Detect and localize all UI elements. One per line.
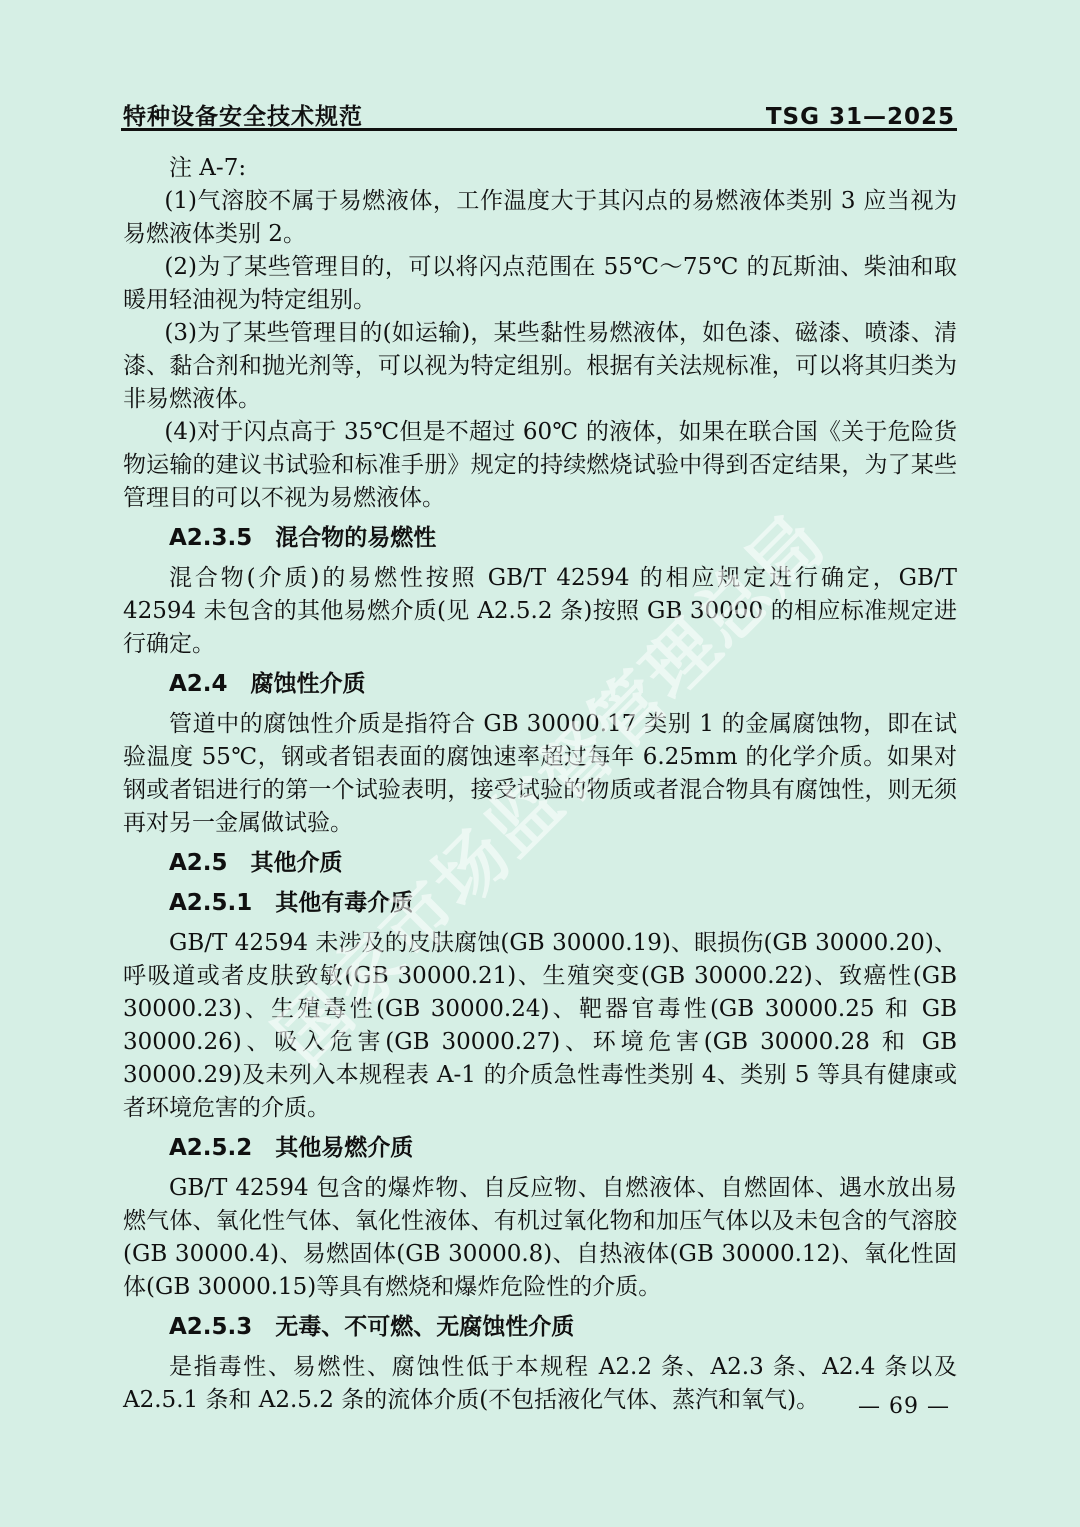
section-para-a24: 管道中的腐蚀性介质是指符合 GB 30000.17 类别 1 的金属腐蚀物，即在…: [123, 708, 957, 840]
section-heading-a253: A2.5.3 无毒、不可燃、无腐蚀性介质: [123, 1311, 957, 1344]
section-para-a235: 混合物(介质)的易燃性按照 GB/T 42594 的相应规定进行确定，GB/T …: [123, 562, 957, 661]
note-item-4: (4)对于闪点高于 35℃但是不超过 60℃ 的液体，如果在联合国《关于危险货物…: [123, 416, 957, 515]
section-para-a253: 是指毒性、易燃性、腐蚀性低于本规程 A2.2 条、A2.3 条、A2.4 条以及…: [123, 1351, 957, 1417]
header-document-number: TSG 31—2025: [766, 104, 955, 130]
note-item-1: (1)气溶胶不属于易燃液体，工作温度大于其闪点的易燃液体类别 3 应当视为易燃液…: [123, 185, 957, 251]
section-heading-a251: A2.5.1 其他有毒介质: [123, 887, 957, 920]
section-heading-a235: A2.3.5 混合物的易燃性: [123, 522, 957, 555]
note-label: 注 A-7:: [123, 152, 957, 185]
section-heading-a25: A2.5 其他介质: [123, 847, 957, 880]
section-para-a251: GB/T 42594 未涉及的皮肤腐蚀(GB 30000.19)、眼损伤(GB …: [123, 927, 957, 1125]
document-body: 注 A-7: (1)气溶胶不属于易燃液体，工作温度大于其闪点的易燃液体类别 3 …: [123, 152, 957, 1417]
section-para-a252: GB/T 42594 包含的爆炸物、自反应物、自燃液体、自燃固体、遇水放出易燃气…: [123, 1172, 957, 1304]
page-header: 特种设备安全技术规范 TSG 31—2025: [123, 98, 955, 131]
header-document-title: 特种设备安全技术规范: [123, 98, 363, 131]
document-page: 特种设备安全技术规范 TSG 31—2025 注 A-7: (1)气溶胶不属于易…: [0, 0, 1080, 1527]
section-heading-a252: A2.5.2 其他易燃介质: [123, 1132, 957, 1165]
page-number: — 69 —: [858, 1394, 950, 1419]
section-heading-a24: A2.4 腐蚀性介质: [123, 668, 957, 701]
header-divider: [121, 128, 957, 131]
note-item-3: (3)为了某些管理目的(如运输)，某些黏性易燃液体，如色漆、磁漆、喷漆、清漆、黏…: [123, 317, 957, 416]
note-item-2: (2)为了某些管理目的，可以将闪点范围在 55℃～75℃ 的瓦斯油、柴油和取暖用…: [123, 251, 957, 317]
